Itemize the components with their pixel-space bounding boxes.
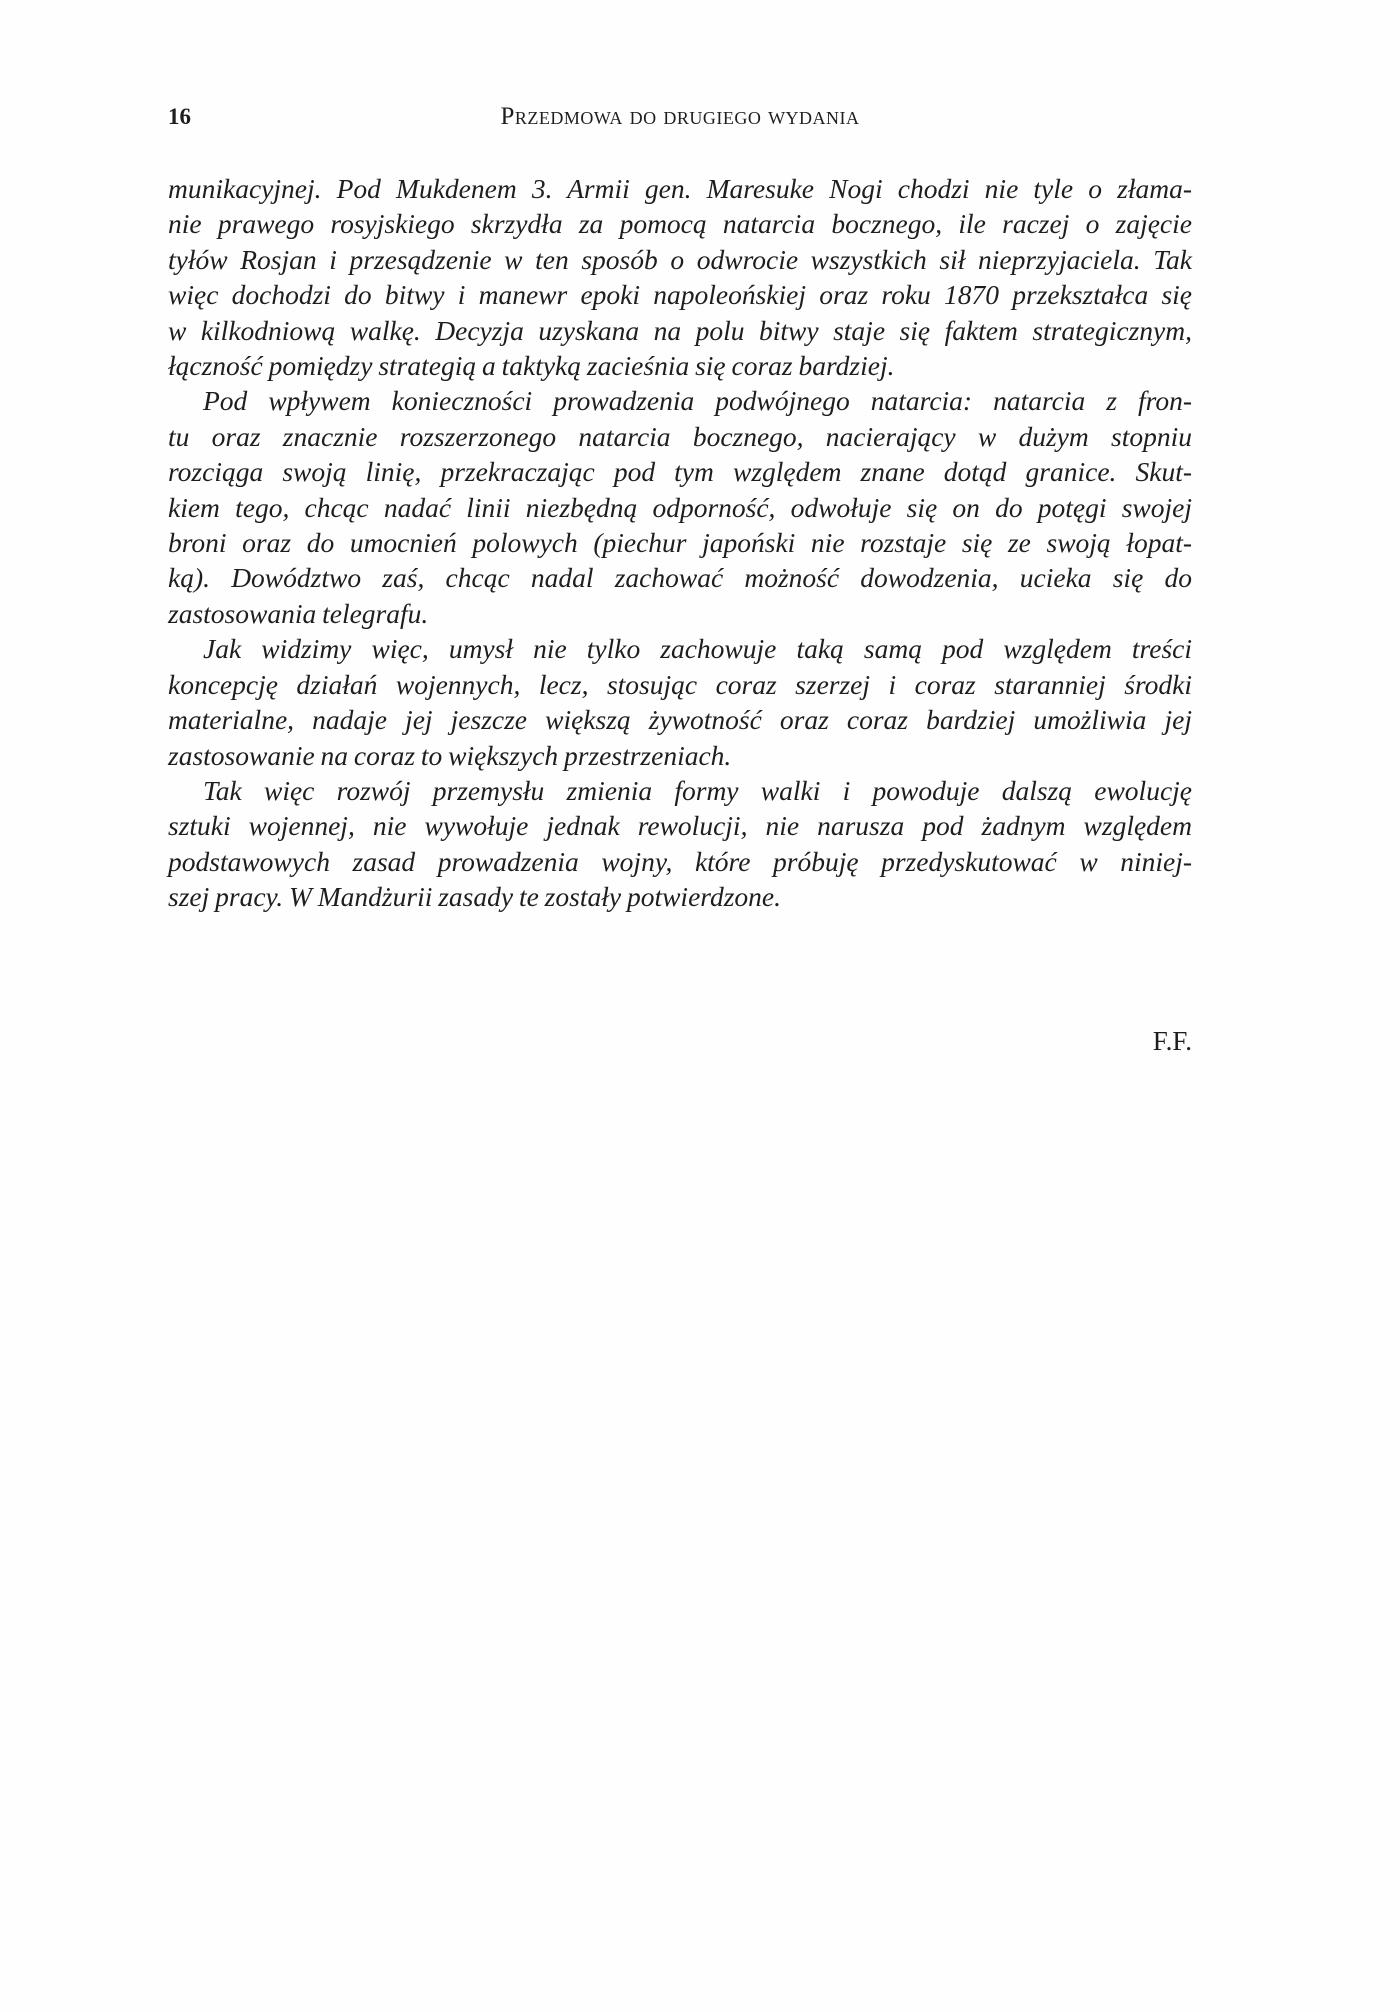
text-line: więc dochodzi do bitwy i manewr epoki na… <box>168 277 1192 312</box>
text-line: łączność pomiędzy strategią a taktyką za… <box>168 348 1192 383</box>
text-line: Tak więc rozwój przemysłu zmienia formy … <box>168 773 1192 808</box>
running-title: Przedmowa do drugiego wydania <box>168 102 1192 132</box>
text-line: podstawowych zasad prowadzenia wojny, kt… <box>168 844 1192 879</box>
author-signature: F.F. <box>1100 1026 1192 1056</box>
text-line: szej pracy. W Mandżurii zasady te został… <box>168 879 1192 914</box>
text-line: rozciąga swoją linię, przekraczając pod … <box>168 454 1192 489</box>
text-line: munikacyjnej. Pod Mukdenem 3. Armii gen.… <box>168 171 1192 206</box>
text-line: materialne, nadaje jej jeszcze większą ż… <box>168 702 1192 737</box>
text-line: sztuki wojennej, nie wywołuje jednak rew… <box>168 808 1192 843</box>
text-line: kiem tego, chcąc nadać linii niezbędną o… <box>168 490 1192 525</box>
running-head: 16 Przedmowa do drugiego wydania <box>168 102 1192 132</box>
text-line: ką). Dowództwo zaś, chcąc nadal zachować… <box>168 560 1192 595</box>
text-line: zastosowania telegrafu. <box>168 596 1192 631</box>
text-line: tu oraz znacznie rozszerzonego natarcia … <box>168 419 1192 454</box>
text-line: Jak widzimy więc, umysł nie tylko zachow… <box>168 631 1192 666</box>
text-line: w kilkodniową walkę. Decyzja uzyskana na… <box>168 313 1192 348</box>
text-line: tyłów Rosjan i przesądzenie w ten sposób… <box>168 242 1192 277</box>
body-text: munikacyjnej. Pod Mukdenem 3. Armii gen.… <box>168 171 1192 915</box>
text-line: Pod wpływem konieczności prowadzenia pod… <box>168 383 1192 418</box>
text-line: nie prawego rosyjskiego skrzydła za pomo… <box>168 206 1192 241</box>
text-line: broni oraz do umocnień polowych (piechur… <box>168 525 1192 560</box>
text-line: zastosowanie na coraz to większych przes… <box>168 738 1192 773</box>
text-line: koncepcję działań wojennych, lecz, stosu… <box>168 667 1192 702</box>
